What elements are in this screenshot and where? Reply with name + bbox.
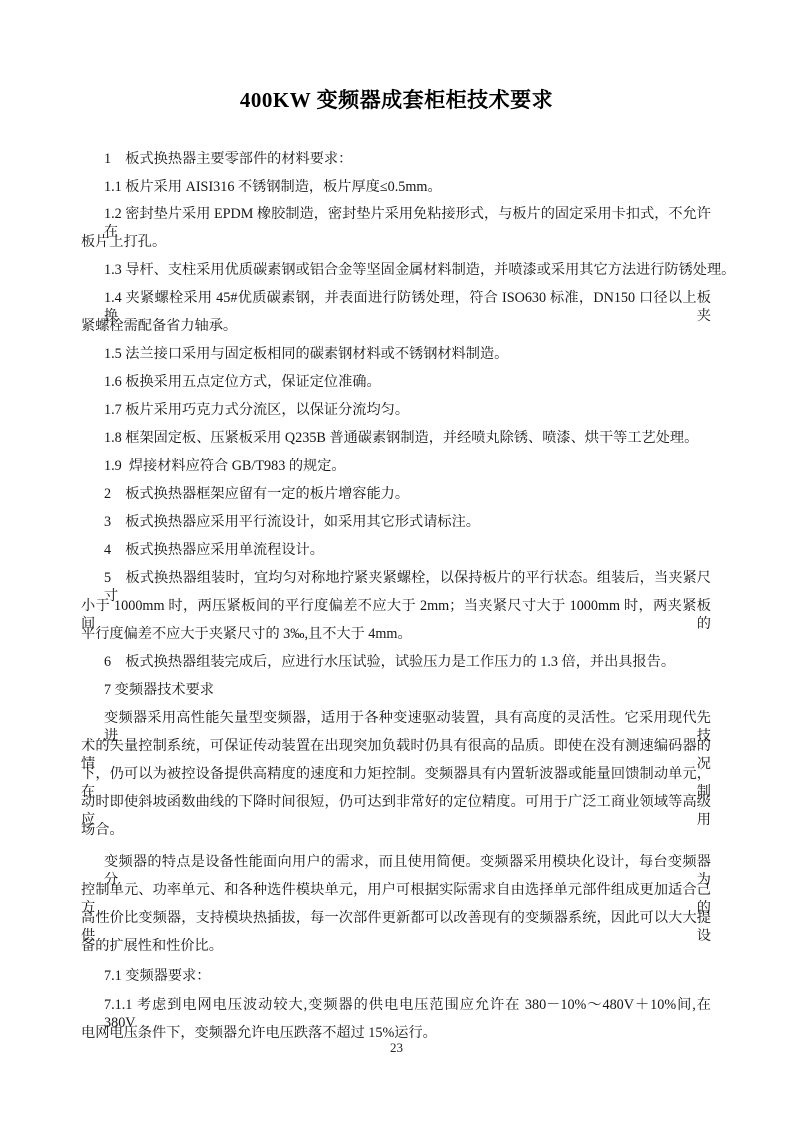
text-line: 2 板式换热器框架应留有一定的板片增容能力。 — [104, 485, 409, 503]
document-page: 400KW 变频器成套柜柜技术要求 1 板式换热器主要零部件的材料要求：1.1 … — [0, 0, 793, 1122]
page-number: 23 — [0, 1040, 793, 1056]
text-line: 动时即使斜坡函数曲线的下降时间很短，仍可达到非常好的定位精度。可用于广泛工商业领… — [81, 793, 711, 829]
text-line: 板片上打孔。 — [81, 233, 166, 251]
text-line: 6 板式换热器组装完成后，应进行水压试验，试验压力是工作压力的 1.3 倍，并出… — [104, 653, 675, 671]
text-line: 1.1 板片采用 AISI316 不锈钢制造，板片厚度≤0.5mm。 — [104, 178, 442, 196]
text-line: 1.2 密封垫片采用 EPDM 橡胶制造，密封垫片采用免粘接形式，与板片的固定采… — [104, 205, 711, 241]
text-line: 场合。 — [81, 821, 124, 839]
text-line: 1.8 框架固定板、压紧板采用 Q235B 普通碳素钢制造，并经喷丸除锈、喷漆、… — [104, 429, 698, 447]
text-line: 7 变频器技术要求 — [104, 681, 214, 699]
page-title: 400KW 变频器成套柜柜技术要求 — [0, 84, 793, 114]
text-line: 1.3 导杆、支柱采用优质碳素钢或铝合金等坚固金属材料制造，并喷漆或采用其它方法… — [104, 261, 735, 279]
text-line: 1 板式换热器主要零部件的材料要求： — [104, 150, 352, 168]
text-line: 7.1 变频器要求： — [104, 967, 210, 985]
text-line: 1.6 板换采用五点定位方式，保证定位准确。 — [104, 373, 381, 391]
text-line: 1.5 法兰接口采用与固定板相同的碳素钢材料或不锈钢材料制造。 — [104, 345, 508, 363]
text-line: 3 板式换热器应采用平行流设计，如采用其它形式请标注。 — [104, 513, 480, 531]
text-line: 平行度偏差不应大于夹紧尺寸的 3‰,且不大于 4mm。 — [81, 625, 412, 643]
text-line: 备的扩展性和性价比。 — [81, 937, 223, 955]
text-line: 1.7 板片采用巧克力式分流区，以保证分流均匀。 — [104, 401, 409, 419]
text-line: 4 板式换热器应采用单流程设计。 — [104, 541, 324, 559]
text-line: 紧螺栓需配备省力轴承。 — [81, 317, 237, 335]
text-line: 1.9 焊接材料应符合 GB/T983 的规定。 — [104, 457, 346, 475]
